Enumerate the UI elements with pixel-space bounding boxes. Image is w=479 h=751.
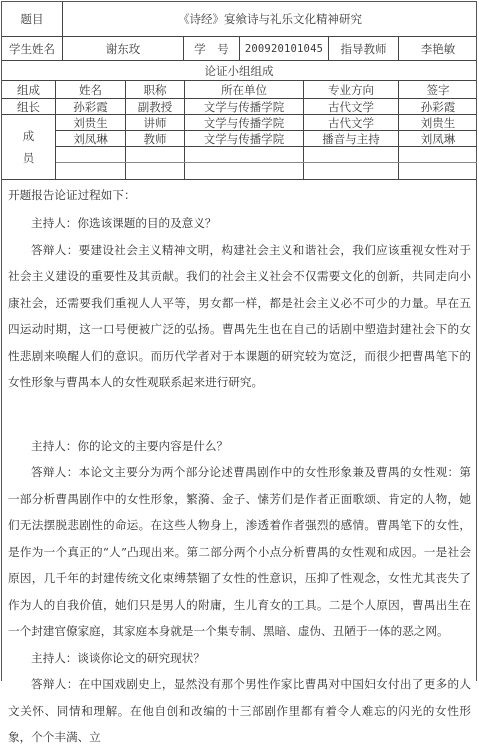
thesis-title: 《诗经》宴飨诗与礼乐文化精神研究: [63, 2, 477, 36]
member-title: 讲师: [126, 115, 185, 130]
process-heading: 开题报告论证过程如下：: [8, 185, 471, 205]
committee-header-row: 组成 姓名 职称 所在单位 专业方向 签字: [2, 81, 476, 99]
member-signature: 刘贵生: [399, 115, 477, 130]
answer-purpose: 答辩人：要建设社会主义精神文明，构建社会主义和谐社会，我们应该重视女性对于社会主…: [8, 237, 471, 396]
question-purpose: 主持人：你选该课题的目的及意义？: [8, 210, 471, 237]
leader-major: 古代文学: [304, 99, 399, 114]
thesis-proposal-form: 题目 《诗经》宴飨诗与礼乐文化精神研究 学生姓名 谢东玫 学 号 2009201…: [1, 1, 477, 673]
member-row: 刘贵生 讲师 文学与传播学院 古代文学 刘贵生: [56, 115, 477, 131]
student-name-label: 学生姓名: [2, 37, 63, 60]
col-header-unit: 所在单位: [185, 81, 304, 98]
leader-unit: 文学与传播学院: [185, 99, 304, 114]
leader-row: 组长 孙彩霞 副教授 文学与传播学院 古代文学 孙彩霞: [2, 99, 476, 115]
leader-title: 副教授: [126, 99, 185, 114]
col-header-signature: 签字: [399, 81, 477, 98]
advisor-label: 指导教师: [329, 37, 399, 60]
member-title: 教师: [126, 131, 185, 146]
member-major: [304, 147, 399, 162]
member-name: 刘贵生: [56, 115, 126, 130]
member-title: [126, 163, 185, 180]
members-role-line2: 员: [23, 147, 35, 169]
member-row-empty: [56, 147, 477, 163]
members-role-line1: 成: [23, 125, 35, 147]
member-major: 播音与主持: [304, 131, 399, 146]
member-major: 古代文学: [304, 115, 399, 130]
col-header-title: 职称: [126, 81, 185, 98]
title-label: 题目: [2, 2, 63, 36]
committee-section-title: 论证小组组成: [2, 61, 476, 80]
student-id-value: 200920101045: [240, 37, 329, 60]
member-row-empty: [56, 163, 477, 180]
advisor-value: 李艳敏: [399, 37, 477, 60]
member-signature: 刘凤琳: [399, 131, 477, 146]
member-row: 刘凤琳 教师 文学与传播学院 播音与主持 刘凤琳: [56, 131, 477, 147]
question-status: 主持人：谈谈你论文的研究现状？: [8, 645, 471, 672]
col-header-name: 姓名: [56, 81, 126, 98]
member-name: [56, 163, 126, 180]
member-title: [126, 147, 185, 162]
title-row: 题目 《诗经》宴飨诗与礼乐文化精神研究: [2, 2, 476, 37]
answer-content: 答辩人：本论文主要分为两个部分论述曹禺剧作中的女性形象兼及曹禺的女性观：第一部分…: [8, 459, 471, 645]
members-role: 成 员: [2, 115, 56, 179]
member-unit: [185, 163, 304, 180]
leader-name: 孙彩霞: [56, 99, 126, 114]
committee-title-row: 论证小组组成: [2, 61, 476, 81]
member-name: 刘凤琳: [56, 131, 126, 146]
question-content: 主持人：你的论文的主要内容是什么？: [8, 433, 471, 460]
student-info-row: 学生姓名 谢东玫 学 号 200920101045 指导教师 李艳敏: [2, 37, 476, 61]
member-signature: [399, 147, 477, 162]
student-name-value: 谢东玫: [63, 37, 184, 60]
col-header-major: 专业方向: [304, 81, 399, 98]
member-major: [304, 163, 399, 180]
leader-signature: 孙彩霞: [399, 99, 477, 114]
student-id-label: 学 号: [184, 37, 240, 60]
member-name: [56, 147, 126, 162]
member-unit: 文学与传播学院: [185, 131, 304, 146]
spacer: [8, 396, 471, 433]
col-header-role: 组成: [2, 81, 56, 98]
proposal-process-section: 开题报告论证过程如下： 主持人：你选该课题的目的及意义？ 答辩人：要建设社会主义…: [2, 180, 476, 673]
member-unit: [185, 147, 304, 162]
leader-role: 组长: [2, 99, 56, 114]
member-unit: 文学与传播学院: [185, 115, 304, 130]
member-signature: [399, 163, 477, 180]
